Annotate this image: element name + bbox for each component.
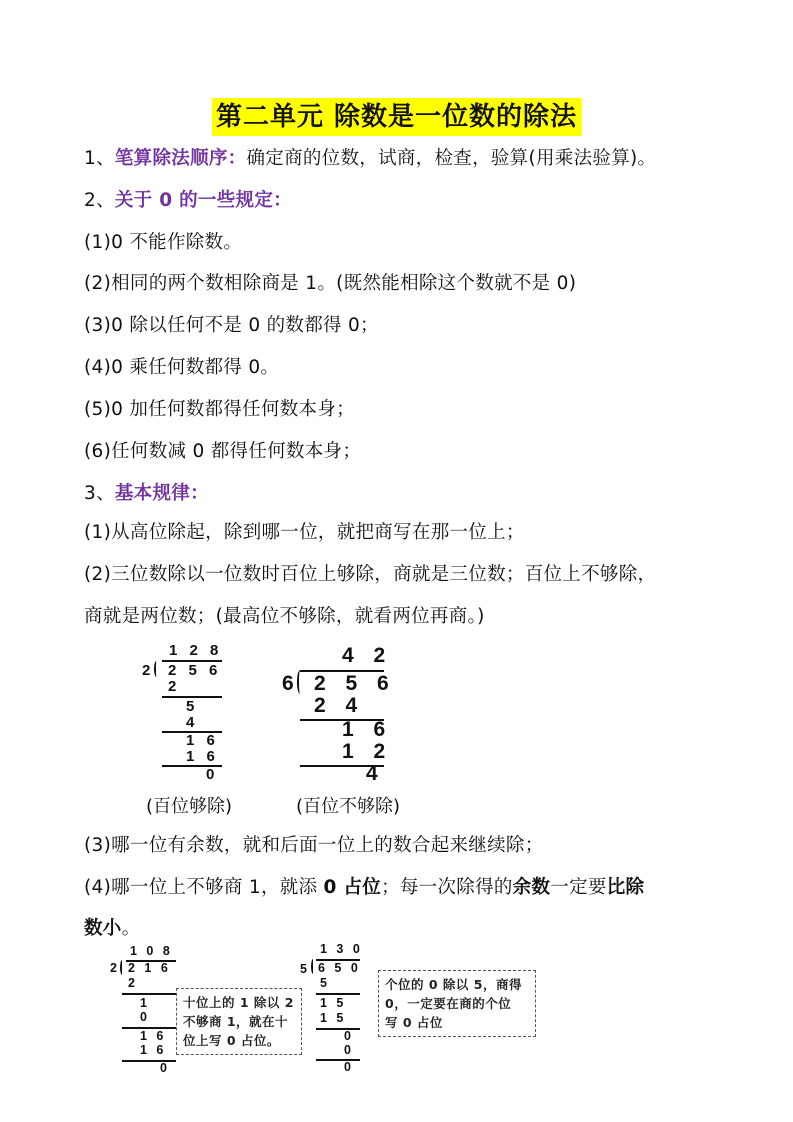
step: 2 bbox=[168, 678, 180, 695]
section3-num: 3、 bbox=[84, 483, 115, 504]
dividend: 6 5 0 bbox=[318, 961, 361, 975]
page-title: 第二单元 除数是一位数的除法 bbox=[212, 98, 581, 136]
quotient: 1 2 8 bbox=[169, 642, 222, 659]
section3-heading: 基本规律： bbox=[115, 483, 209, 504]
long-division-650-by-5: 1 3 0 5 6 5 0 5 1 5 1 5 0 0 0 bbox=[298, 942, 368, 1074]
caption-hundreds-divisible: (百位够除) bbox=[146, 792, 232, 818]
note-tens-zero-placeholder: 十位上的 1 除以 2 不够商 1，就在十 位上写 0 占位。 bbox=[176, 988, 302, 1055]
step: 0 bbox=[344, 1060, 354, 1074]
section1-heading: 笔算除法顺序： bbox=[115, 148, 247, 169]
note-line: 不够商 1，就在十 bbox=[183, 1012, 295, 1031]
step: 2 bbox=[128, 976, 138, 990]
quotient: 4 2 bbox=[342, 644, 392, 668]
note-line: 位上写 0 占位。 bbox=[183, 1031, 295, 1050]
step: 1 6 bbox=[140, 1029, 166, 1043]
caption-hundreds-not-divisible: (百位不够除) bbox=[296, 792, 400, 818]
step: 1 2 bbox=[342, 740, 392, 764]
divisor: 2 bbox=[110, 961, 120, 975]
note-ones-zero-placeholder: 个位的 0 除以 5，商得 0，一定要在商的个位 写 0 占位 bbox=[378, 970, 536, 1037]
emphasis: 数小 bbox=[84, 918, 122, 939]
note-line: 写 0 占位 bbox=[385, 1013, 529, 1032]
dividend: 2 5 6 bbox=[314, 672, 396, 696]
emphasis: 0 占位 bbox=[324, 877, 382, 898]
rule-item: (5)0 加任何数都得任何数本身； bbox=[84, 397, 355, 423]
step: 0 bbox=[344, 1029, 354, 1043]
rule-item: (3)0 除以任何不是 0 的数都得 0； bbox=[84, 313, 379, 339]
step: 0 bbox=[140, 1010, 150, 1024]
section2-heading: 关于 0 的一些规定： bbox=[115, 190, 292, 211]
rule-text: 。 bbox=[122, 918, 141, 939]
step-line bbox=[122, 993, 176, 995]
step: 1 6 bbox=[186, 732, 219, 749]
dividend: 2 5 6 bbox=[168, 662, 221, 679]
step: 1 6 bbox=[140, 1043, 166, 1057]
rule-text: (4)哪一位上不够商 1，就添 bbox=[84, 877, 324, 898]
quotient: 1 3 0 bbox=[320, 942, 363, 956]
rule-item: (1)从高位除起，除到哪一位，就把商写在那一位上； bbox=[84, 520, 525, 546]
divisor: 2 bbox=[142, 662, 154, 679]
division-bracket bbox=[297, 670, 307, 694]
note-line: 十位上的 1 除以 2 bbox=[183, 993, 295, 1012]
dividend: 2 1 6 bbox=[128, 961, 171, 975]
emphasis: 比除 bbox=[607, 877, 645, 898]
long-division-216-by-2: 1 0 8 2 2 1 6 2 1 0 1 6 1 6 0 bbox=[108, 944, 178, 1074]
section3-heading-line: 3、基本规律： bbox=[84, 481, 209, 507]
rule-text: 一定要 bbox=[550, 877, 606, 898]
rule-item: 商就是两位数；(最高位不够除，就看两位再商。) bbox=[84, 604, 485, 630]
division-bracket bbox=[154, 661, 162, 677]
step: 1 5 bbox=[320, 1011, 346, 1025]
step: 4 bbox=[366, 762, 385, 786]
emphasis: 余数 bbox=[513, 877, 551, 898]
rule-item-4-line1: (4)哪一位上不够商 1，就添 0 占位；每一次除得的余数一定要比除 bbox=[84, 875, 644, 901]
section1-line: 1、笔算除法顺序：确定商的位数，试商，检查，验算(用乘法验算)。 bbox=[84, 146, 656, 172]
note-line: 0，一定要在商的个位 bbox=[385, 994, 529, 1013]
step: 1 bbox=[140, 996, 150, 1010]
divisor: 5 bbox=[300, 962, 310, 976]
section1-text: 确定商的位数，试商，检查，验算(用乘法验算)。 bbox=[246, 148, 656, 169]
step: 5 bbox=[320, 976, 330, 990]
rule-item: (2)相同的两个数相除商是 1。(既然能相除这个数就不是 0) bbox=[84, 271, 576, 297]
long-division-256-by-6: 4 2 6 2 5 6 2 4 1 6 1 2 4 bbox=[280, 644, 400, 784]
rule-text: ；每一次除得的 bbox=[381, 877, 513, 898]
note-line: 个位的 0 除以 5，商得 bbox=[385, 975, 529, 994]
rule-item: (3)哪一位有余数，就和后面一位上的数合起来继续除； bbox=[84, 833, 544, 859]
division-bracket bbox=[311, 959, 318, 974]
step: 5 bbox=[186, 698, 198, 715]
step: 1 6 bbox=[342, 718, 392, 742]
title-wrap: 第二单元 除数是一位数的除法 bbox=[0, 98, 793, 136]
step: 0 bbox=[344, 1043, 354, 1057]
section2-heading-line: 2、关于 0 的一些规定： bbox=[84, 188, 292, 214]
step-line bbox=[316, 993, 360, 995]
rule-item: (4)0 乘任何数都得 0。 bbox=[84, 355, 279, 381]
rule-item-4-line2: 数小。 bbox=[84, 916, 140, 942]
division-bracket bbox=[120, 960, 127, 975]
step: 1 6 bbox=[186, 748, 219, 765]
section1-num: 1、 bbox=[84, 148, 115, 169]
rule-item: (2)三位数除以一位数时百位上够除，商就是三位数；百位上不够除， bbox=[84, 562, 656, 588]
step: 0 bbox=[206, 766, 218, 783]
step: 1 5 bbox=[320, 996, 346, 1010]
quotient: 1 0 8 bbox=[130, 944, 173, 958]
rule-item: (6)任何数减 0 都得任何数本身； bbox=[84, 439, 361, 465]
step: 4 bbox=[186, 714, 198, 731]
step: 0 bbox=[160, 1061, 170, 1075]
rule-item: (1)0 不能作除数。 bbox=[84, 230, 242, 256]
step: 2 4 bbox=[314, 694, 364, 718]
section2-num: 2、 bbox=[84, 190, 115, 211]
long-division-256-by-2: 1 2 8 2 2 5 6 2 5 4 1 6 1 6 0 bbox=[140, 642, 230, 782]
